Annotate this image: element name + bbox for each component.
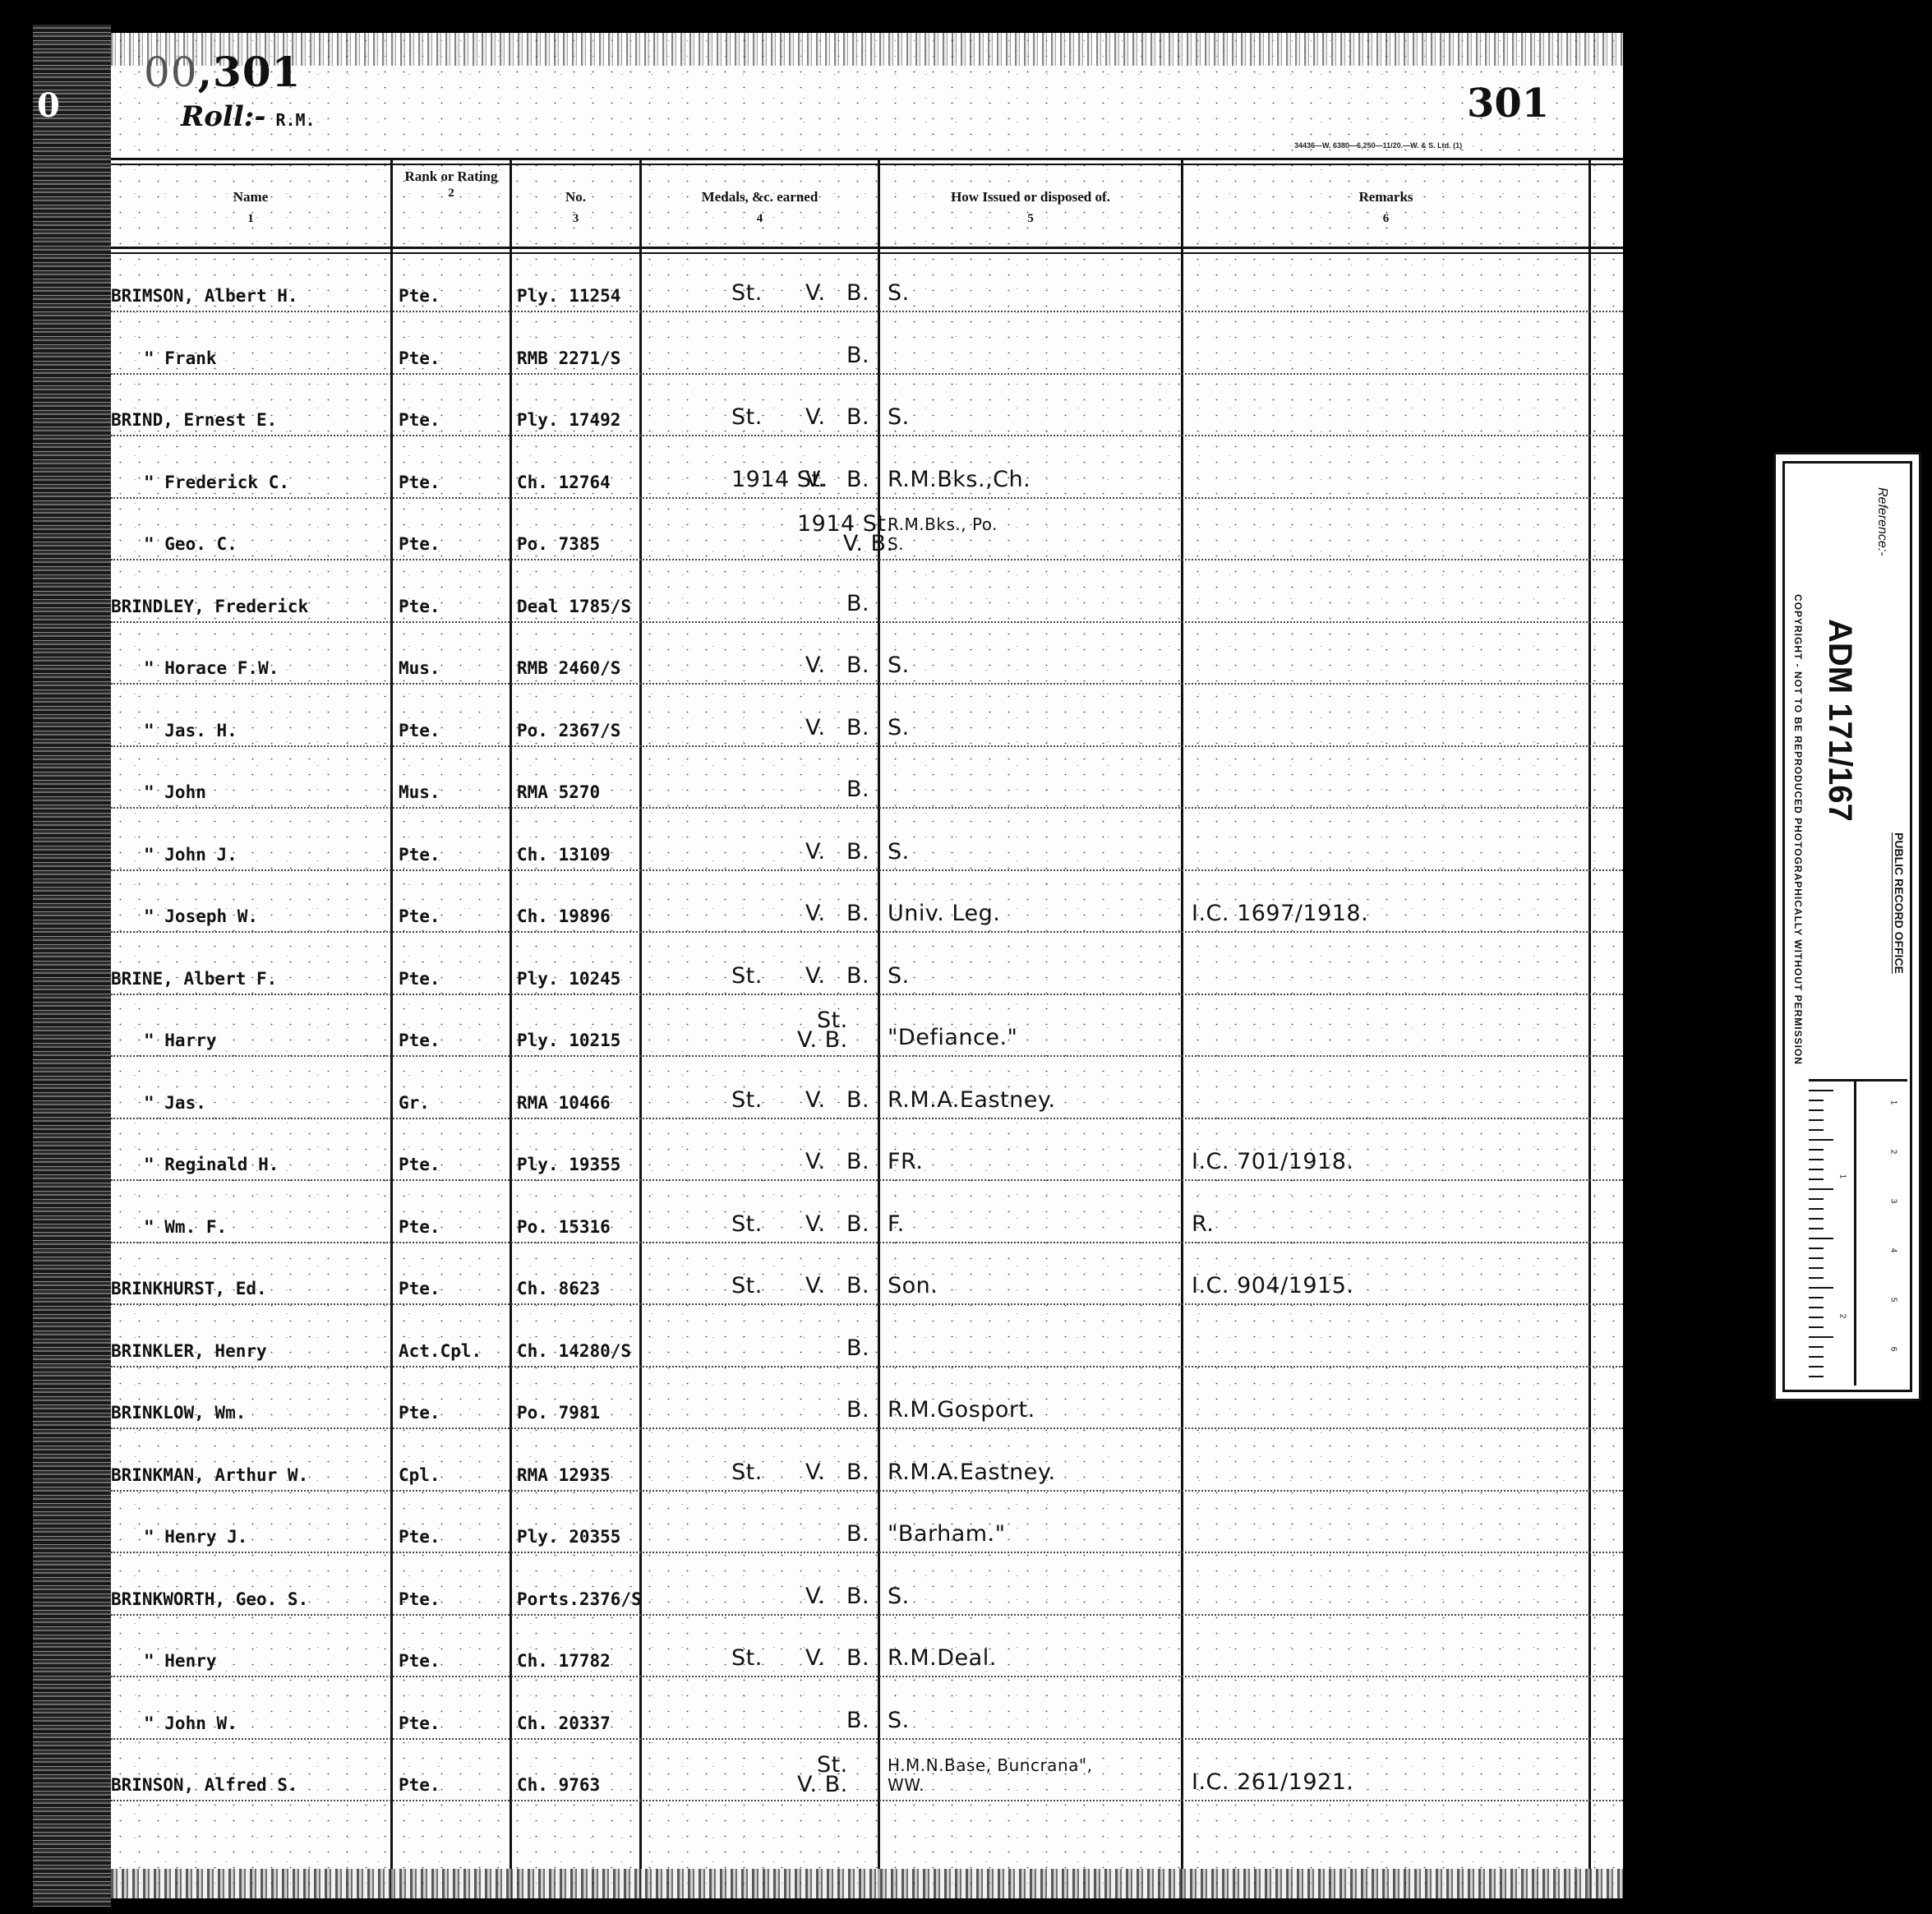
scale-tick <box>1809 1356 1824 1358</box>
table-row: " Geo. C.Pte.Po. 73851914 St.V. B.R.M.Bk… <box>111 499 1623 560</box>
service-number-cell: Ply. 19355 <box>517 1155 620 1174</box>
service-number-cell: Ch. 19896 <box>517 906 611 926</box>
table-row: " FrankPte.RMB 2271/SB. <box>111 313 1623 375</box>
name-cell: " Henry J. <box>144 1527 247 1547</box>
folio-number: 301 <box>213 48 301 96</box>
medal-victory-cell: V. <box>805 715 826 740</box>
table-row: " Jas.Gr.RMA 10466St.V.B.R.M.A.Eastney. <box>111 1058 1623 1119</box>
medal-star-cell: St. <box>731 1087 763 1113</box>
rank-cell: Mus. <box>399 782 440 802</box>
service-number-cell: Ch. 20337 <box>517 1713 611 1733</box>
table-row: BRINE, Albert F.Pte.Ply. 10245St.V.B.S. <box>111 934 1623 995</box>
scale-tick <box>1809 1100 1824 1101</box>
folio-number-right: 301 <box>1467 81 1549 127</box>
scale-tick <box>1809 1336 1833 1338</box>
medal-victory-cell: V. <box>805 1149 826 1174</box>
medal-british-cell: B. <box>846 1273 869 1298</box>
service-number-cell: RMA 12935 <box>517 1465 611 1485</box>
folio-comma: , <box>198 48 213 96</box>
scale-tick <box>1809 1218 1824 1220</box>
header-how-issued: How Issued or disposed of.5 <box>880 189 1181 227</box>
scale-tick <box>1809 1376 1824 1377</box>
rank-cell: Pte. <box>399 1155 440 1174</box>
medal-british-cell: B. <box>846 839 869 865</box>
header-name: Name1 <box>111 189 390 227</box>
table-row: " Joseph W.Pte.Ch. 19896V.B.Univ. Leg.I.… <box>111 871 1623 933</box>
table-row: " Reginald H.Pte.Ply. 19355V.B.FR.I.C. 7… <box>111 1119 1623 1181</box>
scale-tick <box>1809 1159 1824 1160</box>
medal-victory-cell: V. <box>805 1645 826 1671</box>
medal-british-cell: B. <box>846 1645 869 1671</box>
medal-victory-cell: V. <box>805 1087 826 1113</box>
scale-label-cm: 4 <box>1888 1248 1897 1253</box>
binding-mark: 0 <box>37 86 60 125</box>
scale-label-in: 1 <box>1837 1174 1847 1179</box>
scale-tick <box>1809 1198 1824 1200</box>
scale-tick <box>1809 1169 1824 1170</box>
scale-tick <box>1809 1277 1824 1279</box>
table-row: BRINSON, Alfred S.Pte.Ch. 9763St.V. B.H.… <box>111 1740 1623 1801</box>
medal-british-cell: B. <box>846 404 869 430</box>
how-issued-cell: Son. <box>888 1273 938 1298</box>
roll-label: Roll:-R.M. <box>181 100 316 133</box>
service-number-cell: Ch. 13109 <box>517 845 611 865</box>
medal-british-cell: B. <box>846 1397 869 1423</box>
scale-tick <box>1809 1257 1824 1259</box>
table-row: " Henry J.Pte.Ply. 20355B."Barham." <box>111 1492 1623 1553</box>
table-row: " John J.Pte.Ch. 13109V.B.S. <box>111 809 1623 871</box>
name-cell: BRINKLOW, Wm. <box>111 1403 246 1423</box>
scale-tick <box>1809 1139 1833 1141</box>
rank-cell: Pte. <box>399 969 440 989</box>
how-issued-cell: H.M.N.Base, Buncrana",WW. <box>888 1755 1092 1795</box>
remarks-cell: R. <box>1192 1211 1214 1237</box>
how-issued-cell: R.M.Bks.,Ch. <box>888 467 1031 492</box>
scale-label-cm: 2 <box>1888 1150 1897 1155</box>
service-number-cell: Ch. 17782 <box>517 1651 611 1671</box>
header-top-rule <box>111 158 1623 160</box>
scale-label-cm: 3 <box>1888 1199 1897 1204</box>
table-row: " HenryPte.Ch. 17782St.V.B.R.M.Deal. <box>111 1616 1623 1677</box>
name-cell: " John <box>144 782 206 802</box>
name-cell: BRIMSON, Albert H. <box>111 286 298 306</box>
scale-tick <box>1809 1317 1824 1318</box>
medal-victory-cell: V. <box>805 1273 826 1298</box>
medal-victory-cell: V. <box>805 839 826 865</box>
medal-star-cell: St. <box>731 1273 763 1298</box>
name-cell: " Horace F.W. <box>144 658 279 678</box>
how-issued-cell: S. <box>888 963 910 989</box>
scale-tick <box>1809 1208 1824 1210</box>
remarks-cell: I.C. 904/1915. <box>1192 1273 1354 1298</box>
scale-tick <box>1809 1346 1824 1348</box>
folio-number-left: 00,301 <box>144 48 301 96</box>
how-issued-cell: S. <box>888 1708 910 1733</box>
medal-victory-cell: V. <box>805 404 826 430</box>
rank-cell: Pte. <box>399 1279 440 1298</box>
slip-reference-number: ADM 171/167 <box>1821 619 1858 822</box>
name-cell: " Frank <box>144 348 217 368</box>
how-issued-cell: S. <box>888 1584 910 1609</box>
medal-victory-cell: V. <box>805 467 826 492</box>
service-number-cell: Ply. 10215 <box>517 1031 620 1050</box>
medal-british-cell: B. <box>846 1211 869 1237</box>
name-cell: BRINKLER, Henry <box>111 1341 267 1361</box>
medal-british-cell: B. <box>846 901 869 926</box>
how-issued-cell: S. <box>888 280 910 306</box>
table-row: BRINKLOW, Wm.Pte.Po. 7981B.R.M.Gosport. <box>111 1367 1623 1429</box>
scale-tick <box>1809 1248 1824 1249</box>
slip-copyright: COPYRIGHT - NOT TO BE REPRODUCED PHOTOGR… <box>1792 594 1804 1065</box>
scale-tick <box>1809 1149 1824 1151</box>
table-row: BRINKMAN, Arthur W.Cpl.RMA 12935St.V.B.R… <box>111 1430 1623 1492</box>
page-bottom-edge <box>111 1869 1623 1898</box>
rank-cell: Pte. <box>399 1713 440 1733</box>
table-row: BRINKLER, HenryAct.Cpl.Ch. 14280/SB. <box>111 1306 1623 1367</box>
name-cell: BRINSON, Alfred S. <box>111 1775 298 1795</box>
header-medals: Medals, &c. earned4 <box>642 189 878 227</box>
scale-tick <box>1809 1326 1824 1328</box>
remarks-cell: I.C. 701/1918. <box>1192 1149 1354 1174</box>
scale-label-cm: 6 <box>1888 1347 1897 1352</box>
table-row: " Wm. F.Pte.Po. 15316St.V.B.F.R. <box>111 1182 1623 1243</box>
medal-victory-cell: V. <box>805 280 826 306</box>
name-cell: BRINKWORTH, Geo. S. <box>111 1589 308 1609</box>
rank-cell: Mus. <box>399 658 440 678</box>
scale-tick <box>1809 1228 1824 1229</box>
medal-british-cell: B. <box>846 715 869 740</box>
rank-cell: Pte. <box>399 534 440 554</box>
service-number-cell: Ch. 9763 <box>517 1775 600 1795</box>
service-number-cell: Ch. 12764 <box>517 473 611 492</box>
name-cell: " Wm. F. <box>144 1217 227 1237</box>
medal-victory-cell: V. <box>805 963 826 989</box>
service-number-cell: Po. 7981 <box>517 1403 600 1423</box>
medal-victory-cell: V. <box>805 1460 826 1485</box>
medal-british-cell: B. <box>846 467 869 492</box>
medals-cell: St.V. B. <box>797 1755 848 1795</box>
medal-british-cell: B. <box>846 591 869 616</box>
table-row: " Jas. H.Pte.Po. 2367/SV.B.S. <box>111 685 1623 747</box>
scale-label-in: 2 <box>1837 1314 1847 1319</box>
name-cell: " John W. <box>144 1713 237 1733</box>
scale-tick <box>1809 1267 1824 1269</box>
service-number-cell: Ch. 8623 <box>517 1279 600 1298</box>
rank-cell: Act.Cpl. <box>399 1341 482 1361</box>
scale-tick <box>1809 1287 1833 1289</box>
name-cell: " Harry <box>144 1031 217 1050</box>
how-issued-cell: S. <box>888 715 910 740</box>
scale-tick <box>1809 1366 1824 1367</box>
header-bottom-rule <box>111 247 1623 249</box>
medal-british-cell: B. <box>846 1335 869 1361</box>
medal-british-cell: B. <box>846 1087 869 1113</box>
how-issued-cell: "Defiance." <box>888 1025 1017 1050</box>
service-number-cell: RMA 10466 <box>517 1093 611 1113</box>
medal-british-cell: B. <box>846 1460 869 1485</box>
rank-cell: Pte. <box>399 845 440 865</box>
rank-cell: Pte. <box>399 410 440 430</box>
page-top-edge <box>111 33 1623 66</box>
service-number-cell: RMB 2460/S <box>517 658 620 678</box>
remarks-cell: I.C. 1697/1918. <box>1192 901 1368 926</box>
how-issued-cell: S. <box>888 839 910 865</box>
printer-imprint: 34436—W. 6380—6,250—11/20.—W. & S. Ltd. … <box>1294 141 1462 150</box>
how-issued-cell: Univ. Leg. <box>888 901 1000 926</box>
header-number: No.3 <box>512 189 639 227</box>
slip-office-name: PUBLIC RECORD OFFICE <box>1893 832 1906 974</box>
header-top-rule-2 <box>111 164 1623 165</box>
table-row: " JohnMus.RMA 5270B. <box>111 747 1623 809</box>
name-cell: " Jas. <box>144 1093 206 1113</box>
medal-star-cell: St. <box>731 404 763 430</box>
folio-prefix: 00 <box>144 48 198 96</box>
rank-cell: Gr. <box>399 1093 430 1113</box>
service-number-cell: Ply. 20355 <box>517 1527 620 1547</box>
medal-british-cell: B. <box>846 653 869 678</box>
medal-victory-cell: V. <box>805 1211 826 1237</box>
medal-british-cell: B. <box>846 1708 869 1733</box>
how-issued-cell: FR. <box>888 1149 923 1174</box>
rank-cell: Pte. <box>399 348 440 368</box>
rank-cell: Pte. <box>399 721 440 740</box>
table-row: BRIND, Ernest E.Pte.Ply. 17492St.V.B.S. <box>111 375 1623 436</box>
rank-cell: Cpl. <box>399 1465 440 1485</box>
medal-british-cell: B. <box>846 1584 869 1609</box>
scale-tick <box>1809 1119 1824 1121</box>
table-row: " John W.Pte.Ch. 20337B.S. <box>111 1678 1623 1740</box>
name-cell: BRINDLEY, Frederick <box>111 597 308 616</box>
roll-value: R.M. <box>275 110 315 130</box>
name-cell: " John J. <box>144 845 237 865</box>
medal-victory-cell: V. <box>805 1584 826 1609</box>
name-cell: BRINKHURST, Ed. <box>111 1279 267 1298</box>
scale-tick <box>1809 1129 1824 1131</box>
medal-british-cell: B. <box>846 777 869 802</box>
medals-cell: St.V. B. <box>797 1011 848 1050</box>
table-row: " Horace F.W.Mus.RMB 2460/SV.B.S. <box>111 623 1623 685</box>
medal-british-cell: B. <box>846 963 869 989</box>
table-row: BRINKHURST, Ed.Pte.Ch. 8623St.V.B.Son.I.… <box>111 1243 1623 1305</box>
medal-star-cell: St. <box>731 1460 763 1485</box>
service-number-cell: Ply. 10245 <box>517 969 620 989</box>
table-row: BRINKWORTH, Geo. S.Pte.Ports.2376/SV.B.S… <box>111 1554 1623 1616</box>
medal-victory-cell: V. <box>805 653 826 678</box>
reference-slip: Reference:- ADM 171/167 PUBLIC RECORD OF… <box>1773 452 1921 1401</box>
roll-label-text: Roll:- <box>181 100 265 133</box>
how-issued-cell: R.M.A.Eastney. <box>888 1087 1056 1113</box>
how-issued-cell: R.M.Deal. <box>888 1645 997 1671</box>
ledger-page: 00,301 Roll:-R.M. 301 34436—W. 6380—6,25… <box>111 33 1623 1898</box>
slip-measurement-scale: 12345612 <box>1809 1079 1907 1386</box>
service-number-cell: Po. 2367/S <box>517 721 620 740</box>
scale-tick <box>1809 1238 1833 1239</box>
scale-tick <box>1809 1090 1833 1091</box>
how-issued-cell: R.M.Bks., Po.S. <box>888 514 998 554</box>
how-issued-cell: R.M.A.Eastney. <box>888 1460 1056 1485</box>
slip-reference-label: Reference:- <box>1874 487 1889 556</box>
name-cell: BRINKMAN, Arthur W. <box>111 1465 308 1485</box>
service-number-cell: RMA 5270 <box>517 782 600 802</box>
name-cell: BRIND, Ernest E. <box>111 410 277 430</box>
service-number-cell: Ply. 17492 <box>517 410 620 430</box>
rank-cell: Pte. <box>399 1589 440 1609</box>
how-issued-cell: F. <box>888 1211 905 1237</box>
row-rule <box>111 1800 1623 1801</box>
service-number-cell: RMB 2271/S <box>517 348 620 368</box>
service-number-cell: Po. 15316 <box>517 1217 611 1237</box>
rank-cell: Pte. <box>399 286 440 306</box>
name-cell: " Jas. H. <box>144 721 237 740</box>
rank-cell: Pte. <box>399 1403 440 1423</box>
name-cell: BRINE, Albert F. <box>111 969 277 989</box>
name-cell: " Joseph W. <box>144 906 258 926</box>
how-issued-cell: S. <box>888 404 910 430</box>
name-cell: " Frederick C. <box>144 473 289 492</box>
how-issued-cell: S. <box>888 653 910 678</box>
how-issued-cell: R.M.Gosport. <box>888 1397 1035 1423</box>
name-cell: " Henry <box>144 1651 217 1671</box>
medal-british-cell: B. <box>846 1521 869 1547</box>
service-number-cell: Ports.2376/S <box>517 1589 642 1609</box>
book-binding-edge <box>33 25 111 1907</box>
header-rank: Rank or Rating2 <box>393 168 510 201</box>
rank-cell: Pte. <box>399 906 440 926</box>
scale-tick <box>1809 1297 1824 1298</box>
scale-label-cm: 5 <box>1888 1298 1897 1303</box>
medal-star-cell: St. <box>731 1645 763 1671</box>
medal-british-cell: B. <box>846 343 869 368</box>
rank-cell: Pte. <box>399 1217 440 1237</box>
medal-british-cell: B. <box>846 280 869 306</box>
header-remarks: Remarks6 <box>1183 189 1588 227</box>
service-number-cell: Deal 1785/S <box>517 597 631 616</box>
medals-cell: 1914 St.V. B. <box>797 514 894 554</box>
medal-star-cell: St. <box>731 963 763 989</box>
scale-divider <box>1854 1082 1856 1386</box>
scale-tick <box>1809 1178 1824 1180</box>
medal-star-cell: St. <box>731 280 763 306</box>
how-issued-cell: "Barham." <box>888 1521 1006 1547</box>
rank-cell: Pte. <box>399 1651 440 1671</box>
medal-star-cell: St. <box>731 1211 763 1237</box>
scale-label-cm: 1 <box>1888 1100 1897 1105</box>
scale-tick <box>1809 1307 1824 1308</box>
service-number-cell: Po. 7385 <box>517 534 600 554</box>
table-row: BRINDLEY, FrederickPte.Deal 1785/SB. <box>111 561 1623 623</box>
table-row: " Frederick C.Pte.Ch. 127641914 St.V.B.R… <box>111 437 1623 499</box>
rank-cell: Pte. <box>399 1527 440 1547</box>
rank-cell: Pte. <box>399 473 440 492</box>
scale-tick <box>1809 1188 1833 1190</box>
name-cell: " Geo. C. <box>144 534 237 554</box>
medal-victory-cell: V. <box>805 901 826 926</box>
medal-british-cell: B. <box>846 1149 869 1174</box>
rank-cell: Pte. <box>399 1775 440 1795</box>
name-cell: " Reginald H. <box>144 1155 279 1174</box>
service-number-cell: Ply. 11254 <box>517 286 620 306</box>
scale-tick <box>1809 1109 1824 1111</box>
remarks-cell: I.C. 261/1921. <box>1192 1769 1354 1795</box>
table-row: BRIMSON, Albert H.Pte.Ply. 11254St.V.B.S… <box>111 251 1623 312</box>
rank-cell: Pte. <box>399 1031 440 1050</box>
service-number-cell: Ch. 14280/S <box>517 1341 631 1361</box>
rank-cell: Pte. <box>399 597 440 616</box>
table-row: " HarryPte.Ply. 10215St.V. B."Defiance." <box>111 995 1623 1057</box>
